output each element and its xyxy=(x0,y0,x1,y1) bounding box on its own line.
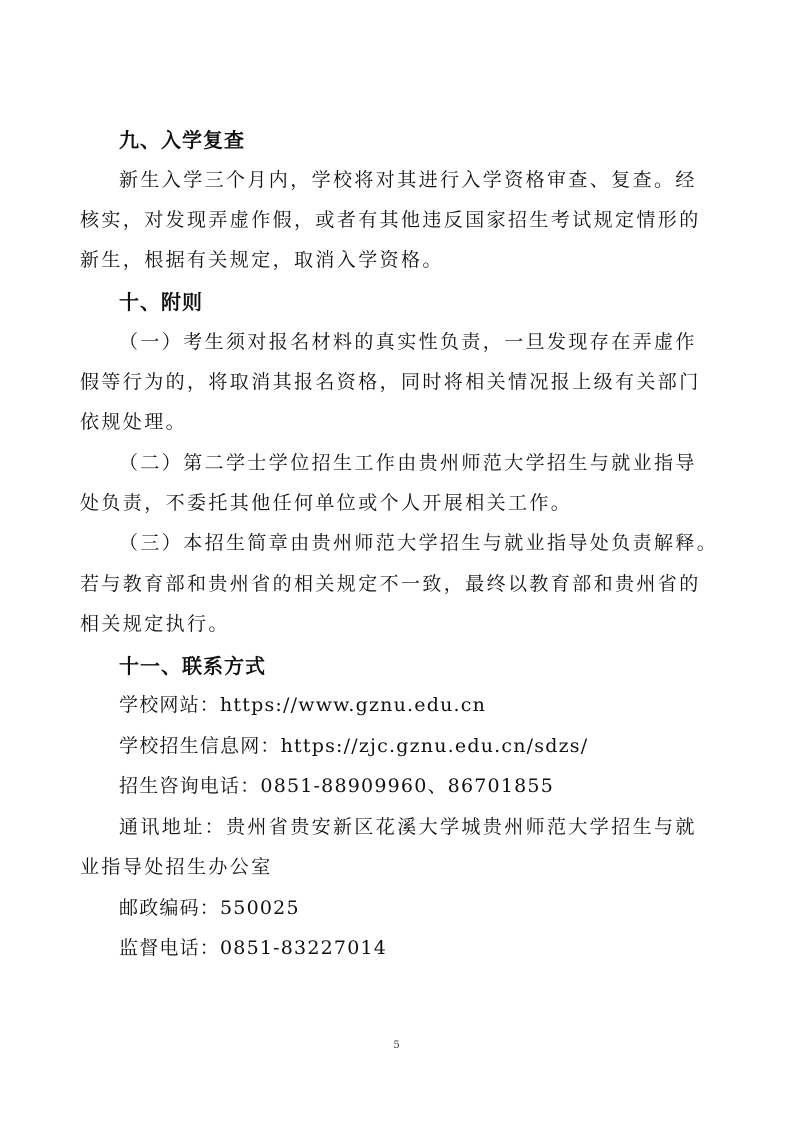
heading-section-11: 十一、联系方式 xyxy=(119,650,266,679)
paragraph-line: 新生，根据有关规定，取消入学资格。 xyxy=(80,245,444,272)
contact-supervision-phone: 监督电话：0851-83227014 xyxy=(119,933,387,960)
paragraph-line: （二）第二学士学位招生工作由贵州师范大学招生与就业指导 xyxy=(119,448,697,475)
paragraph-line: 若与教育部和贵州省的相关规定不一致，最终以教育部和贵州省的 xyxy=(80,569,701,596)
paragraph-line: 处负责，不委托其他任何单位或个人开展相关工作。 xyxy=(80,488,572,515)
paragraph-line: （三）本招生简章由贵州师范大学招生与就业指导处负责解释。 xyxy=(119,528,718,555)
heading-section-10: 十、附则 xyxy=(119,286,203,315)
paragraph-line: 依规处理。 xyxy=(80,407,187,434)
contact-website: 学校网站：https://www.gznu.edu.cn xyxy=(119,690,486,717)
contact-admissions-site: 学校招生信息网：https://zjc.gznu.edu.cn/sdzs/ xyxy=(119,731,588,758)
contact-address-cont: 业指导处招生办公室 xyxy=(80,852,273,879)
contact-phone: 招生咨询电话：0851-88909960、86701855 xyxy=(119,771,554,798)
paragraph-line: 相关规定执行。 xyxy=(80,609,230,636)
page-number: 5 xyxy=(0,1040,793,1051)
contact-postcode: 邮政编码：550025 xyxy=(119,893,300,920)
paragraph-line: 核实，对发现弄虚作假，或者有其他违反国家招生考试规定情形的 xyxy=(80,205,701,232)
contact-address: 通讯地址：贵州省贵安新区花溪大学城贵州师范大学招生与就 xyxy=(119,812,697,839)
paragraph-line: （一）考生须对报名材料的真实性负责，一旦发现存在弄虚作 xyxy=(119,327,697,354)
document-page: 九、入学复查 新生入学三个月内，学校将对其进行入学资格审查、复查。经 核实，对发… xyxy=(0,0,793,1122)
paragraph-line: 假等行为的，将取消其报名资格，同时将相关情况报上级有关部门 xyxy=(80,367,701,394)
paragraph-line: 新生入学三个月内，学校将对其进行入学资格审查、复查。经 xyxy=(119,165,697,192)
heading-section-9: 九、入学复查 xyxy=(119,124,245,153)
